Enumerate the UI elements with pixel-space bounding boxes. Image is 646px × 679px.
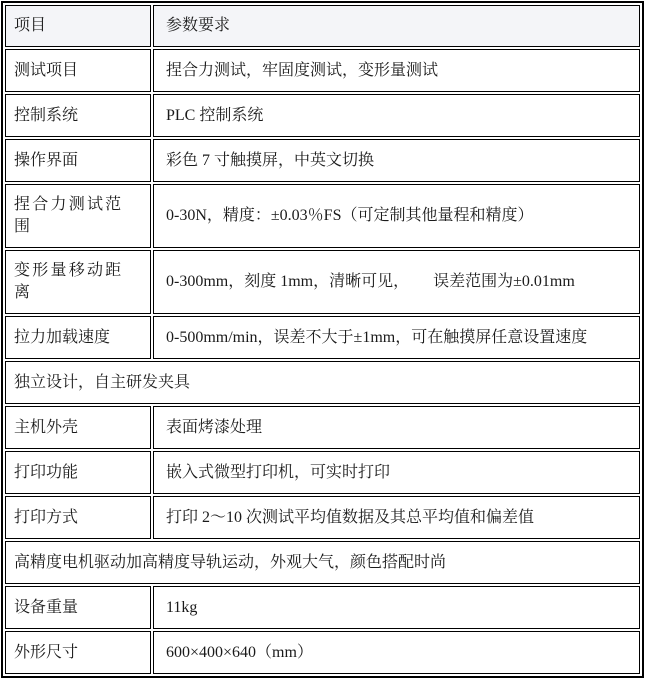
row-value-cell: 600×400×640（mm） — [153, 631, 640, 674]
table-row-pinch-force-range: 捏合力测试范围 0-30N，精度：±0.03％FS（可定制其他量程和精度） — [5, 184, 640, 248]
row-label-cell: 操作界面 — [5, 139, 151, 182]
table-row-control-system: 控制系统 PLC 控制系统 — [5, 94, 640, 137]
row-label-cell: 拉力加载速度 — [5, 316, 151, 359]
table-row-housing: 主机外壳 表面烤漆处理 — [5, 406, 640, 449]
row-label-cell: 测试项目 — [5, 49, 151, 92]
header-cell-item: 项目 — [5, 5, 151, 47]
table-row-operation-ui: 操作界面 彩色 7 寸触摸屏，中英文切换 — [5, 139, 640, 182]
merged-row-text: 独立设计，自主研发夹具 — [5, 361, 640, 404]
table-row-loading-speed: 拉力加载速度 0-500mm/min，误差不大于±1mm，可在触摸屏任意设置速度 — [5, 316, 640, 359]
table-header-row: 项目 参数要求 — [5, 5, 640, 47]
table-row-dimensions: 外形尺寸 600×400×640（mm） — [5, 631, 640, 674]
row-label-cell: 设备重量 — [5, 586, 151, 629]
row-value-cell: 0-500mm/min，误差不大于±1mm，可在触摸屏任意设置速度 — [153, 316, 640, 359]
table-row-test-items: 测试项目 捏合力测试，牢固度测试，变形量测试 — [5, 49, 640, 92]
table-row-motor-note: 高精度电机驱动加高精度导轨运动，外观大气，颜色搭配时尚 — [5, 541, 640, 584]
row-value-cell: 打印 2～10 次测试平均值数据及其总平均值和偏差值 — [153, 496, 640, 539]
table-row-print-mode: 打印方式 打印 2～10 次测试平均值数据及其总平均值和偏差值 — [5, 496, 640, 539]
row-value-cell: 表面烤漆处理 — [153, 406, 640, 449]
row-label-cell: 打印功能 — [5, 451, 151, 494]
row-value-cell: 11kg — [153, 586, 640, 629]
table-row-print-function: 打印功能 嵌入式微型打印机，可实时打印 — [5, 451, 640, 494]
row-label-cell: 捏合力测试范围 — [5, 184, 151, 248]
row-value-cell: 彩色 7 寸触摸屏，中英文切换 — [153, 139, 640, 182]
row-label-cell: 主机外壳 — [5, 406, 151, 449]
table-row-weight: 设备重量 11kg — [5, 586, 640, 629]
table-row-deformation-distance: 变形量移动距离 0-300mm，刻度 1mm，清晰可见， 误差范围为±0.01m… — [5, 250, 640, 314]
row-value-cell: PLC 控制系统 — [153, 94, 640, 137]
row-label-cell: 控制系统 — [5, 94, 151, 137]
header-cell-params: 参数要求 — [153, 5, 640, 47]
spec-table: 项目 参数要求 测试项目 捏合力测试，牢固度测试，变形量测试 控制系统 PLC … — [1, 1, 644, 678]
row-label-cell: 打印方式 — [5, 496, 151, 539]
row-label-text: 捏合力测试范围 — [14, 194, 121, 238]
row-value-cell: 捏合力测试，牢固度测试，变形量测试 — [153, 49, 640, 92]
row-label-cell: 变形量移动距离 — [5, 250, 151, 314]
row-value-cell: 0-300mm，刻度 1mm，清晰可见， 误差范围为±0.01mm — [153, 250, 640, 314]
row-label-text: 变形量移动距离 — [14, 260, 121, 304]
row-value-cell: 0-30N，精度：±0.03％FS（可定制其他量程和精度） — [153, 184, 640, 248]
row-label-cell: 外形尺寸 — [5, 631, 151, 674]
table-row-fixture-note: 独立设计，自主研发夹具 — [5, 361, 640, 404]
row-value-cell: 嵌入式微型打印机，可实时打印 — [153, 451, 640, 494]
merged-row-text: 高精度电机驱动加高精度导轨运动，外观大气，颜色搭配时尚 — [5, 541, 640, 584]
